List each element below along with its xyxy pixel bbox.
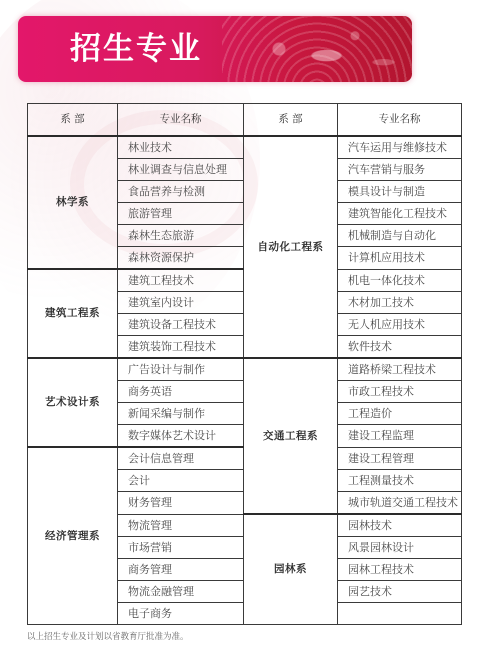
floral-ornament-icon: [222, 16, 412, 82]
department-cell: 林学系: [28, 136, 118, 269]
major-cell: 数字媒体艺术设计: [118, 425, 244, 448]
header-department-left: 系 部: [28, 104, 118, 137]
major-cell: 建筑智能化工程技术: [338, 203, 462, 225]
major-cell: 建筑室内设计: [118, 292, 244, 314]
major-cell: 软件技术: [338, 336, 462, 359]
major-cell: 园艺技术: [338, 581, 462, 603]
table-row: 艺术设计系 广告设计与制作 交通工程系 道路桥梁工程技术: [28, 358, 462, 381]
major-cell: 园林工程技术: [338, 559, 462, 581]
major-cell: 建筑工程技术: [118, 269, 244, 292]
page-title: 招生专业: [70, 30, 202, 68]
major-cell: 模具设计与制造: [338, 181, 462, 203]
major-cell: 木材加工技术: [338, 292, 462, 314]
major-cell: 工程测量技术: [338, 470, 462, 492]
department-cell: 自动化工程系: [244, 136, 338, 358]
major-cell: 工程造价: [338, 403, 462, 425]
major-cell: 林业调查与信息处理: [118, 159, 244, 181]
major-cell: 物流管理: [118, 514, 244, 537]
major-cell: 旅游管理: [118, 203, 244, 225]
major-cell: 会计: [118, 470, 244, 492]
header-department-right: 系 部: [244, 104, 338, 137]
major-cell: 森林资源保护: [118, 247, 244, 270]
table-header-row: 系 部 专业名称 系 部 专业名称: [28, 104, 462, 137]
major-cell: 市政工程技术: [338, 381, 462, 403]
major-cell: 物流金融管理: [118, 581, 244, 603]
major-cell: 建设工程管理: [338, 447, 462, 470]
department-cell: 建筑工程系: [28, 269, 118, 358]
major-cell: 新闻采编与制作: [118, 403, 244, 425]
major-cell: 市场营销: [118, 537, 244, 559]
major-cell: 林业技术: [118, 136, 244, 159]
major-cell: 食品营养与检测: [118, 181, 244, 203]
major-cell: 汽车运用与维修技术: [338, 136, 462, 159]
header-major-left: 专业名称: [118, 104, 244, 137]
major-cell: 商务英语: [118, 381, 244, 403]
major-cell: 道路桥梁工程技术: [338, 358, 462, 381]
department-cell: 经济管理系: [28, 447, 118, 625]
major-cell: 建筑设备工程技术: [118, 314, 244, 336]
major-cell: 无人机应用技术: [338, 314, 462, 336]
majors-table: 系 部 专业名称 系 部 专业名称 林学系 林业技术 自动化工程系 汽车运用与维…: [27, 103, 462, 625]
header-major-right: 专业名称: [338, 104, 462, 137]
major-cell: 会计信息管理: [118, 447, 244, 470]
major-cell-empty: [338, 603, 462, 625]
footnote: 以上招生专业及计划以省教育厅批准为准。: [27, 630, 189, 642]
major-cell: 汽车营销与服务: [338, 159, 462, 181]
major-cell: 园林技术: [338, 514, 462, 537]
major-cell: 财务管理: [118, 492, 244, 515]
major-cell: 机电一体化技术: [338, 269, 462, 292]
major-cell: 城市轨道交通工程技术: [338, 492, 462, 515]
major-cell: 机械制造与自动化: [338, 225, 462, 247]
department-cell: 艺术设计系: [28, 358, 118, 447]
department-cell: 交通工程系: [244, 358, 338, 514]
table-row: 林学系 林业技术 自动化工程系 汽车运用与维修技术: [28, 136, 462, 159]
major-cell: 建设工程监理: [338, 425, 462, 448]
major-cell: 广告设计与制作: [118, 358, 244, 381]
department-cell: 园林系: [244, 514, 338, 625]
title-banner: 招生专业: [18, 16, 412, 82]
major-cell: 商务管理: [118, 559, 244, 581]
major-cell: 电子商务: [118, 603, 244, 625]
major-cell: 森林生态旅游: [118, 225, 244, 247]
major-cell: 风景园林设计: [338, 537, 462, 559]
major-cell: 计算机应用技术: [338, 247, 462, 270]
major-cell: 建筑装饰工程技术: [118, 336, 244, 359]
